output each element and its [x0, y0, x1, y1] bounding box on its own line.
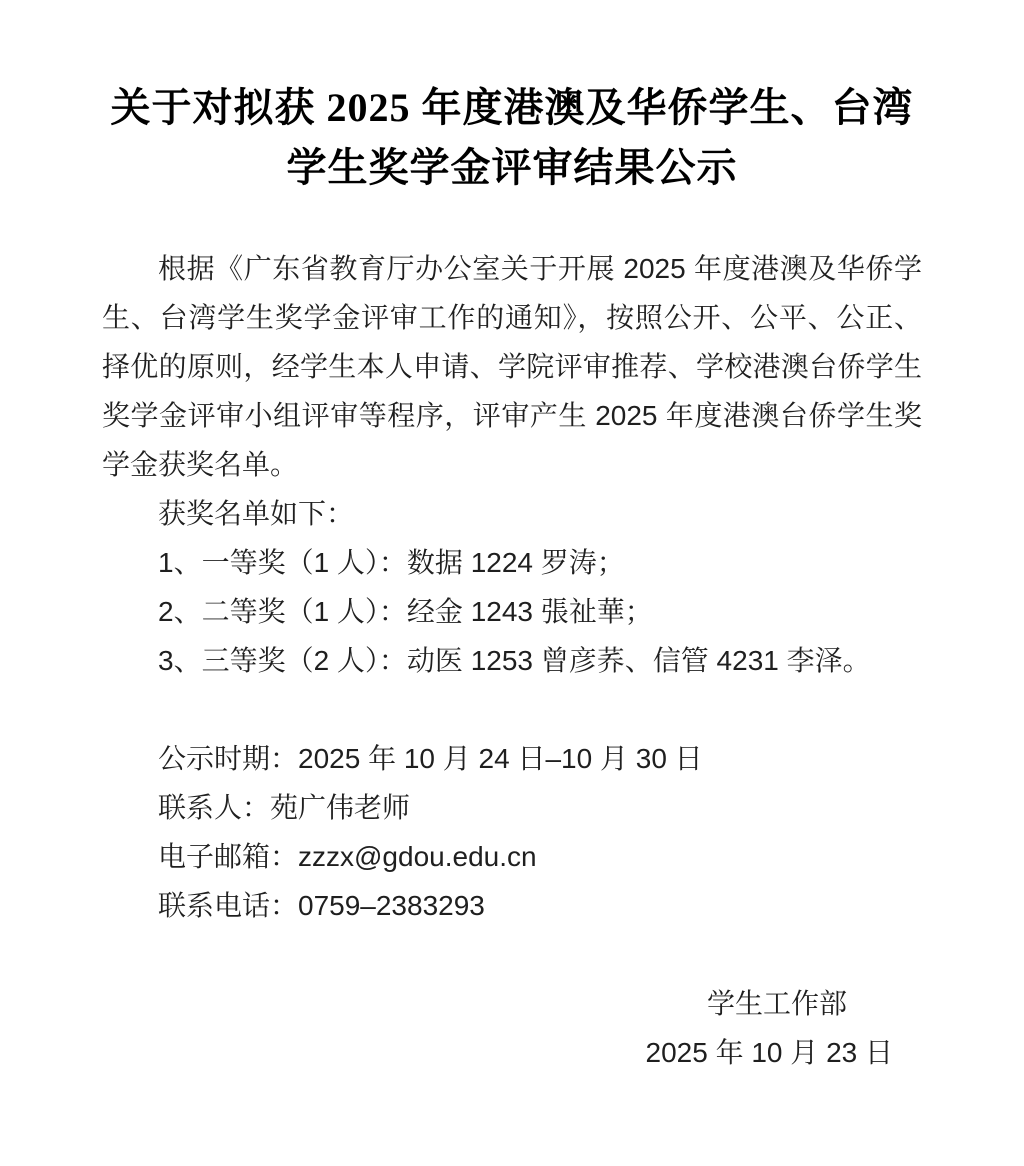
award-item-third-prize: 3、三等奖（2 人）：动医 1253 曾彦荞、信管 4231 李泽。: [102, 636, 922, 685]
page-title: 关于对拟获 2025 年度港澳及华侨学生、台湾 学生奖学金评审结果公示: [102, 78, 922, 198]
blank-line: [102, 685, 922, 734]
page-title-line-1: 关于对拟获 2025 年度港澳及华侨学生、台湾: [102, 78, 922, 138]
award-list-heading: 获奖名单如下：: [102, 489, 922, 538]
award-item-first-prize: 1、一等奖（1 人）：数据 1224 罗涛；: [102, 538, 922, 587]
award-item-second-prize: 2、二等奖（1 人）：经金 1243 張祉華；: [102, 587, 922, 636]
announcement-page: 关于对拟获 2025 年度港澳及华侨学生、台湾 学生奖学金评审结果公示 根据《广…: [0, 0, 1024, 1166]
document-body: 根据《广东省教育厅办公室关于开展 2025 年度港澳及华侨学生、台湾学生奖学金评…: [102, 244, 922, 1077]
signature-date: 2025 年 10 月 23 日: [102, 1028, 922, 1077]
blank-line: [102, 930, 922, 979]
contact-person-line: 联系人：苑广伟老师: [102, 783, 922, 832]
intro-paragraph: 根据《广东省教育厅办公室关于开展 2025 年度港澳及华侨学生、台湾学生奖学金评…: [102, 244, 922, 489]
signature-org: 学生工作部: [102, 979, 922, 1028]
phone-line: 联系电话：0759–2383293: [102, 881, 922, 930]
page-title-line-2: 学生奖学金评审结果公示: [102, 138, 922, 198]
notice-period-line: 公示时期：2025 年 10 月 24 日–10 月 30 日: [102, 734, 922, 783]
email-line: 电子邮箱：zzzx@gdou.edu.cn: [102, 832, 922, 881]
